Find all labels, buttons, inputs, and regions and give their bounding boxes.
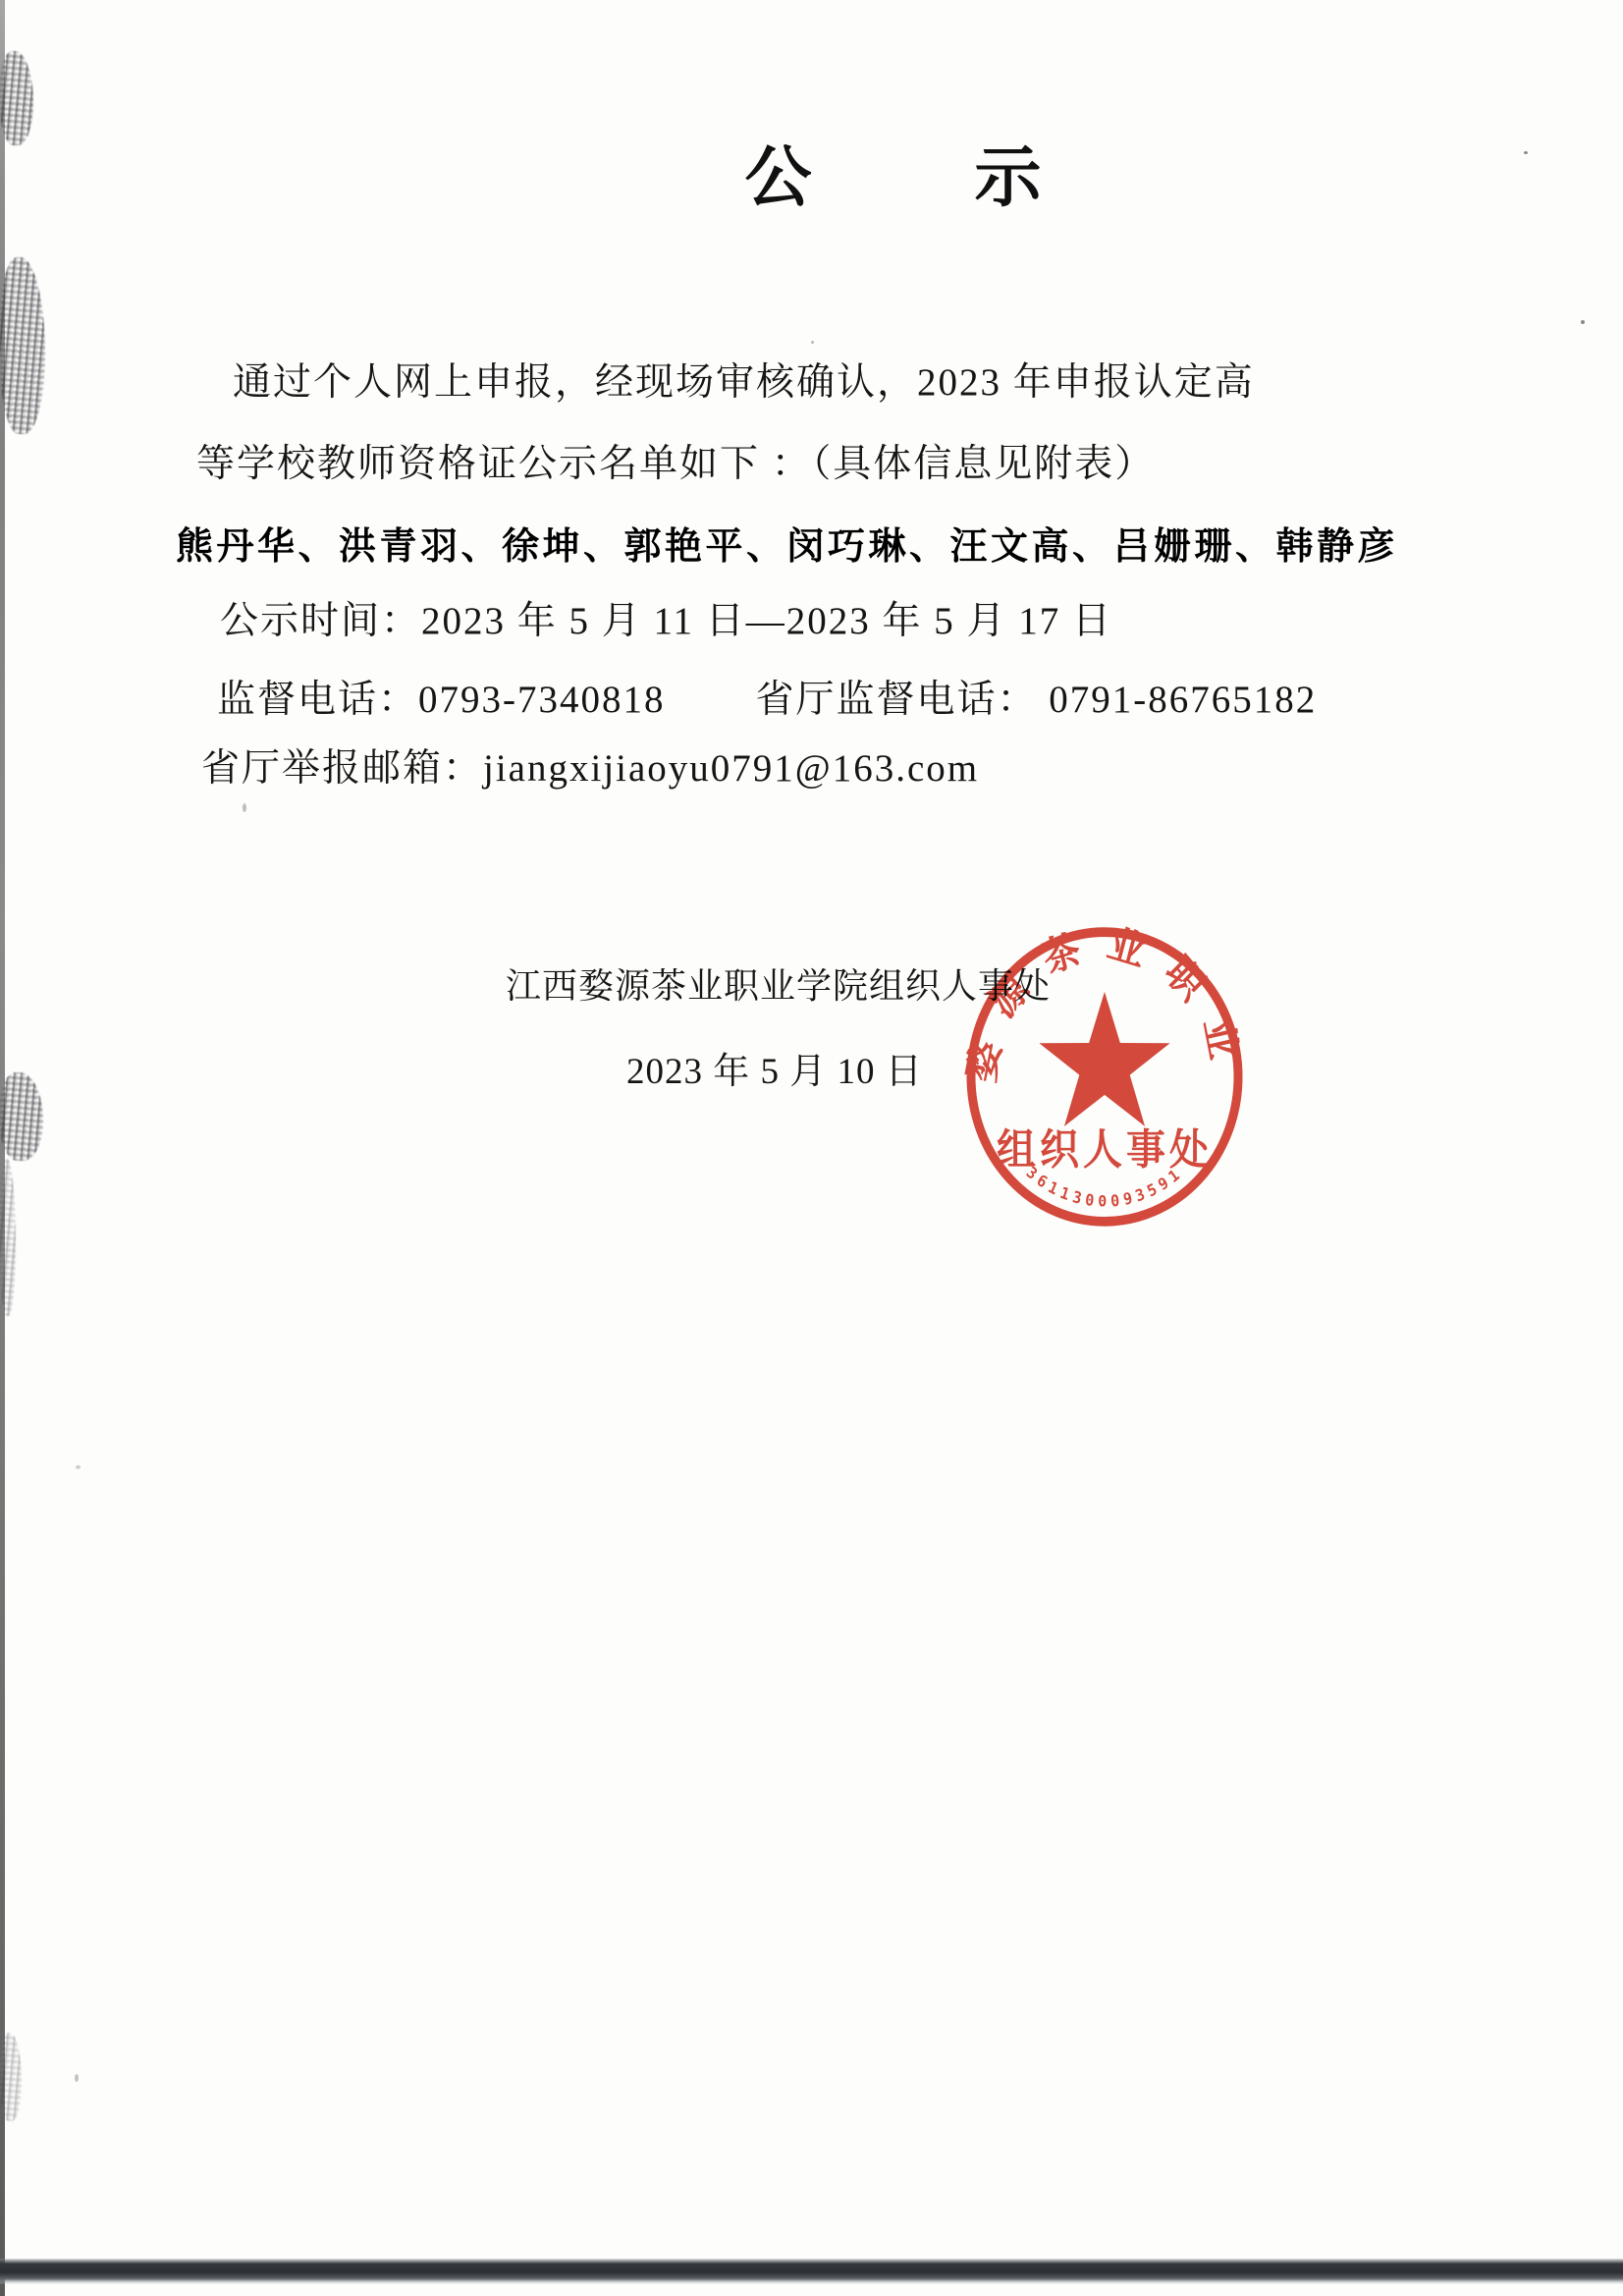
scan-artifact-bottom-band — [0, 2259, 1623, 2284]
body-paragraph-line-2: 等学校教师资格证公示名单如下 ：（具体信息见附表） — [196, 443, 1155, 487]
province-supervision-phone: 省厅监督电话： 0791-86765182 — [756, 679, 1318, 723]
scan-artifact-smudge — [0, 51, 33, 145]
body-paragraph-line-1: 通过个人网上申报，经现场审核确认，2023 年申报认定高 — [233, 361, 1255, 406]
scan-artifact-smudge — [0, 1159, 16, 1316]
scan-artifact-smudge — [0, 1072, 43, 1161]
scan-artifact-smudge — [0, 257, 45, 434]
issue-date: 2023 年 5 月 10 日 — [626, 1052, 923, 1094]
report-email-line: 省厅举报邮箱：jiangxijiaoyu0791@163.com — [201, 747, 979, 792]
scan-artifact-speck — [76, 1465, 81, 1469]
scan-artifact-speck — [243, 803, 246, 812]
official-seal-stamp: 江西婺源茶业职业学院 组织人事处 3611300093591 — [957, 917, 1252, 1236]
supervision-phone: 监督电话：0793-7340818 — [217, 679, 666, 723]
seal-label-text: 组织人事处 — [997, 1126, 1213, 1175]
applicant-names-list: 熊丹华、洪青羽、徐坤、郭艳平、闵巧琳、汪文高、吕姗珊、韩静彦 — [176, 526, 1398, 570]
scan-artifact-speck — [75, 2074, 79, 2082]
seal-star-icon — [1039, 992, 1169, 1126]
page-title: 公 示 — [86, 139, 1623, 216]
phone-numbers-line: 监督电话：0793-7340818 省厅监督电话： 0791-86765182 — [217, 679, 1317, 723]
scanned-notice-page: 公 示 通过个人网上申报，经现场审核确认，2023 年申报认定高 等学校教师资格… — [0, 0, 1623, 2296]
notice-period-line: 公示时间：2023 年 5 月 11 日—2023 年 5 月 17 日 — [220, 600, 1112, 644]
scan-artifact-smudge — [0, 2033, 22, 2121]
scan-artifact-speck — [1524, 151, 1528, 154]
scan-artifact-speck — [1581, 320, 1585, 324]
scan-artifact-speck — [811, 341, 814, 344]
